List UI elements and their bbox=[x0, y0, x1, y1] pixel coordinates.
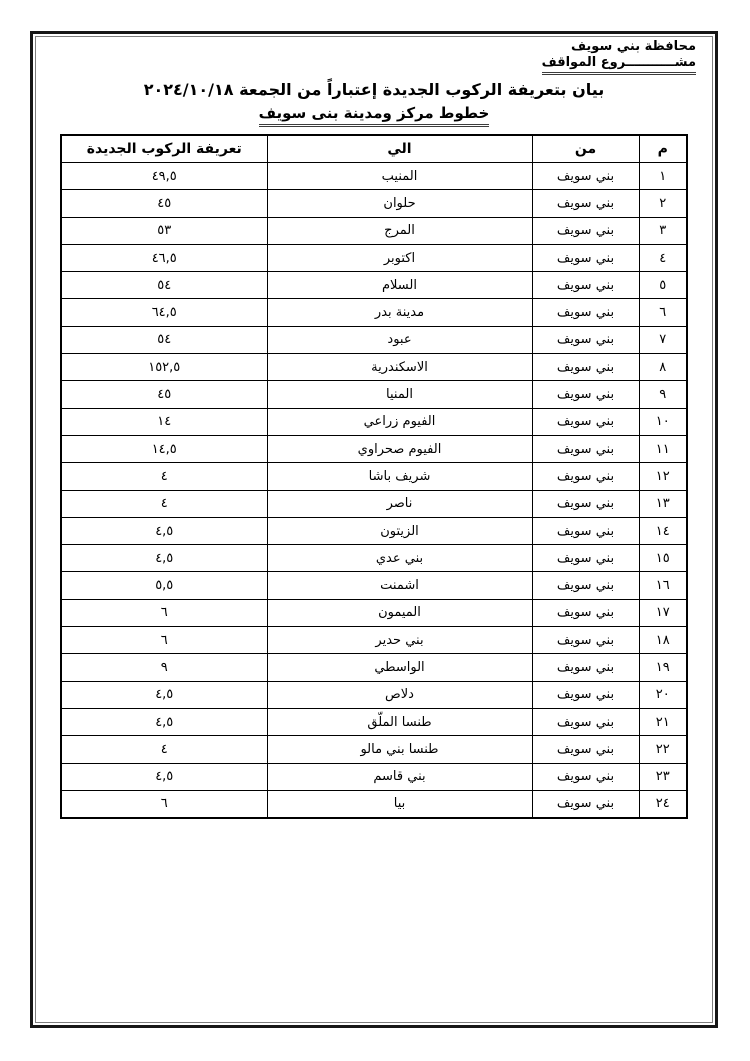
to-cell: المنيا bbox=[267, 381, 532, 408]
to-cell: عبود bbox=[267, 326, 532, 353]
to-cell: الزيتون bbox=[267, 517, 532, 544]
document-page: { "header": { "org_line1": "محافظة بني س… bbox=[0, 0, 750, 1061]
to-cell: الفيوم صحراوي bbox=[267, 435, 532, 462]
to-cell: حلوان bbox=[267, 190, 532, 217]
to-cell: دلاص bbox=[267, 681, 532, 708]
table-row: ١٠بني سويفالفيوم زراعي١٤ bbox=[61, 408, 687, 435]
from-cell: بني سويف bbox=[532, 708, 639, 735]
row-number-cell: ٥ bbox=[639, 272, 687, 299]
table-row: ٢٢بني سويفطنسا بني مالو٤ bbox=[61, 736, 687, 763]
to-cell: الفيوم زراعي bbox=[267, 408, 532, 435]
row-number-cell: ٦ bbox=[639, 299, 687, 326]
from-cell: بني سويف bbox=[532, 517, 639, 544]
org-header-block: محافظة بني سويف مشـــــــــــروع المواقف bbox=[36, 39, 712, 75]
table-row: ٢١بني سويفطنسا الملّق٤,٥ bbox=[61, 708, 687, 735]
fare-cell: ٦ bbox=[61, 627, 267, 654]
row-number-cell: ١٢ bbox=[639, 463, 687, 490]
from-cell: بني سويف bbox=[532, 463, 639, 490]
row-number-cell: ٢ bbox=[639, 190, 687, 217]
table-row: ٢بني سويفحلوان٤٥ bbox=[61, 190, 687, 217]
from-cell: بني سويف bbox=[532, 326, 639, 353]
fare-cell: ٤ bbox=[61, 490, 267, 517]
row-number-cell: ١٦ bbox=[639, 572, 687, 599]
from-cell: بني سويف bbox=[532, 272, 639, 299]
fare-cell: ٤,٥ bbox=[61, 763, 267, 790]
to-cell: الاسكندرية bbox=[267, 354, 532, 381]
to-cell: المرج bbox=[267, 217, 532, 244]
to-cell: شريف باشا bbox=[267, 463, 532, 490]
fare-cell: ٤٥ bbox=[61, 190, 267, 217]
to-cell: السلام bbox=[267, 272, 532, 299]
from-cell: بني سويف bbox=[532, 627, 639, 654]
table-row: ١٦بني سويفاشمنت٥,٥ bbox=[61, 572, 687, 599]
table-row: ٧بني سويفعبود٥٤ bbox=[61, 326, 687, 353]
table-row: ٥بني سويفالسلام٥٤ bbox=[61, 272, 687, 299]
to-cell: المنيب bbox=[267, 163, 532, 190]
row-number-cell: ١٠ bbox=[639, 408, 687, 435]
row-number-cell: ٢٣ bbox=[639, 763, 687, 790]
fare-cell: ٦ bbox=[61, 790, 267, 818]
to-cell: مدينة بدر bbox=[267, 299, 532, 326]
from-cell: بني سويف bbox=[532, 217, 639, 244]
from-cell: بني سويف bbox=[532, 599, 639, 626]
page-inner-border: محافظة بني سويف مشـــــــــــروع المواقف… bbox=[35, 36, 713, 1023]
from-cell: بني سويف bbox=[532, 408, 639, 435]
from-cell: بني سويف bbox=[532, 763, 639, 790]
to-cell: بني عدي bbox=[267, 545, 532, 572]
document-title: بيان بتعريفة الركوب الجديدة إعتباراً من … bbox=[36, 80, 712, 100]
table-row: ١٢بني سويفشريف باشا٤ bbox=[61, 463, 687, 490]
row-number-cell: ٢١ bbox=[639, 708, 687, 735]
fare-cell: ٦ bbox=[61, 599, 267, 626]
row-number-cell: ٣ bbox=[639, 217, 687, 244]
row-number-cell: ١ bbox=[639, 163, 687, 190]
row-number-cell: ١٧ bbox=[639, 599, 687, 626]
from-cell: بني سويف bbox=[532, 244, 639, 271]
fare-cell: ٤٩,٥ bbox=[61, 163, 267, 190]
row-number-cell: ١٣ bbox=[639, 490, 687, 517]
from-cell: بني سويف bbox=[532, 545, 639, 572]
table-row: ١٧بني سويفالميمون٦ bbox=[61, 599, 687, 626]
fare-cell: ٤,٥ bbox=[61, 517, 267, 544]
table-row: ٢٠بني سويفدلاص٤,٥ bbox=[61, 681, 687, 708]
table-row: ٣بني سويفالمرج٥٣ bbox=[61, 217, 687, 244]
from-cell: بني سويف bbox=[532, 381, 639, 408]
from-cell: بني سويف bbox=[532, 490, 639, 517]
to-cell: الواسطي bbox=[267, 654, 532, 681]
table-row: ٩بني سويفالمنيا٤٥ bbox=[61, 381, 687, 408]
document-subtitle-line: خطوط مركز ومدينة بنى سويف bbox=[36, 103, 712, 127]
fare-cell: ٤٥ bbox=[61, 381, 267, 408]
table-row: ١١بني سويفالفيوم صحراوي١٤,٥ bbox=[61, 435, 687, 462]
fare-table-body: ١بني سويفالمنيب٤٩,٥٢بني سويفحلوان٤٥٣بني … bbox=[61, 163, 687, 819]
from-cell: بني سويف bbox=[532, 681, 639, 708]
row-number-cell: ٤ bbox=[639, 244, 687, 271]
row-number-cell: ١١ bbox=[639, 435, 687, 462]
to-cell: طنسا الملّق bbox=[267, 708, 532, 735]
table-row: ٢٤بني سويفبيا٦ bbox=[61, 790, 687, 818]
row-number-cell: ١٤ bbox=[639, 517, 687, 544]
col-header-num: م bbox=[639, 135, 687, 163]
table-row: ٦بني سويفمدينة بدر٦٤,٥ bbox=[61, 299, 687, 326]
from-cell: بني سويف bbox=[532, 435, 639, 462]
fare-cell: ٤٦,٥ bbox=[61, 244, 267, 271]
table-row: ١٤بني سويفالزيتون٤,٥ bbox=[61, 517, 687, 544]
fare-cell: ٤,٥ bbox=[61, 708, 267, 735]
fare-cell: ١٥٢,٥ bbox=[61, 354, 267, 381]
fare-cell: ٥,٥ bbox=[61, 572, 267, 599]
table-header-row: م من الي تعريفة الركوب الجديدة bbox=[61, 135, 687, 163]
dept-name-line: مشـــــــــــروع المواقف bbox=[36, 55, 696, 75]
dept-name: مشـــــــــــروع المواقف bbox=[542, 55, 696, 75]
col-header-from: من bbox=[532, 135, 639, 163]
row-number-cell: ١٩ bbox=[639, 654, 687, 681]
fare-cell: ٥٣ bbox=[61, 217, 267, 244]
to-cell: ناصر bbox=[267, 490, 532, 517]
org-name: محافظة بني سويف bbox=[36, 39, 696, 55]
row-number-cell: ٩ bbox=[639, 381, 687, 408]
table-row: ١بني سويفالمنيب٤٩,٥ bbox=[61, 163, 687, 190]
to-cell: طنسا بني مالو bbox=[267, 736, 532, 763]
row-number-cell: ٧ bbox=[639, 326, 687, 353]
fare-cell: ٤ bbox=[61, 736, 267, 763]
table-row: ١٥بني سويفبني عدي٤,٥ bbox=[61, 545, 687, 572]
fare-table: م من الي تعريفة الركوب الجديدة ١بني سويف… bbox=[60, 134, 688, 819]
row-number-cell: ٢٢ bbox=[639, 736, 687, 763]
table-row: ١٣بني سويفناصر٤ bbox=[61, 490, 687, 517]
col-header-fare: تعريفة الركوب الجديدة bbox=[61, 135, 267, 163]
fare-cell: ٥٤ bbox=[61, 326, 267, 353]
fare-cell: ٩ bbox=[61, 654, 267, 681]
from-cell: بني سويف bbox=[532, 654, 639, 681]
row-number-cell: ٨ bbox=[639, 354, 687, 381]
to-cell: بني حدير bbox=[267, 627, 532, 654]
from-cell: بني سويف bbox=[532, 790, 639, 818]
col-header-to: الي bbox=[267, 135, 532, 163]
row-number-cell: ١٨ bbox=[639, 627, 687, 654]
fare-cell: ٦٤,٥ bbox=[61, 299, 267, 326]
fare-cell: ٤,٥ bbox=[61, 681, 267, 708]
table-row: ١٨بني سويفبني حدير٦ bbox=[61, 627, 687, 654]
from-cell: بني سويف bbox=[532, 572, 639, 599]
table-row: ٨بني سويفالاسكندرية١٥٢,٥ bbox=[61, 354, 687, 381]
page-border-frame: محافظة بني سويف مشـــــــــــروع المواقف… bbox=[30, 31, 718, 1028]
document-subtitle: خطوط مركز ومدينة بنى سويف bbox=[259, 104, 490, 127]
fare-cell: ١٤ bbox=[61, 408, 267, 435]
from-cell: بني سويف bbox=[532, 190, 639, 217]
row-number-cell: ١٥ bbox=[639, 545, 687, 572]
table-row: ٤بني سويفاكتوبر٤٦,٥ bbox=[61, 244, 687, 271]
fare-cell: ٤ bbox=[61, 463, 267, 490]
table-row: ١٩بني سويفالواسطي٩ bbox=[61, 654, 687, 681]
to-cell: بني قاسم bbox=[267, 763, 532, 790]
from-cell: بني سويف bbox=[532, 163, 639, 190]
from-cell: بني سويف bbox=[532, 354, 639, 381]
fare-cell: ٤,٥ bbox=[61, 545, 267, 572]
to-cell: اشمنت bbox=[267, 572, 532, 599]
fare-cell: ١٤,٥ bbox=[61, 435, 267, 462]
to-cell: بيا bbox=[267, 790, 532, 818]
from-cell: بني سويف bbox=[532, 299, 639, 326]
row-number-cell: ٢٤ bbox=[639, 790, 687, 818]
row-number-cell: ٢٠ bbox=[639, 681, 687, 708]
to-cell: اكتوبر bbox=[267, 244, 532, 271]
fare-cell: ٥٤ bbox=[61, 272, 267, 299]
from-cell: بني سويف bbox=[532, 736, 639, 763]
to-cell: الميمون bbox=[267, 599, 532, 626]
table-row: ٢٣بني سويفبني قاسم٤,٥ bbox=[61, 763, 687, 790]
